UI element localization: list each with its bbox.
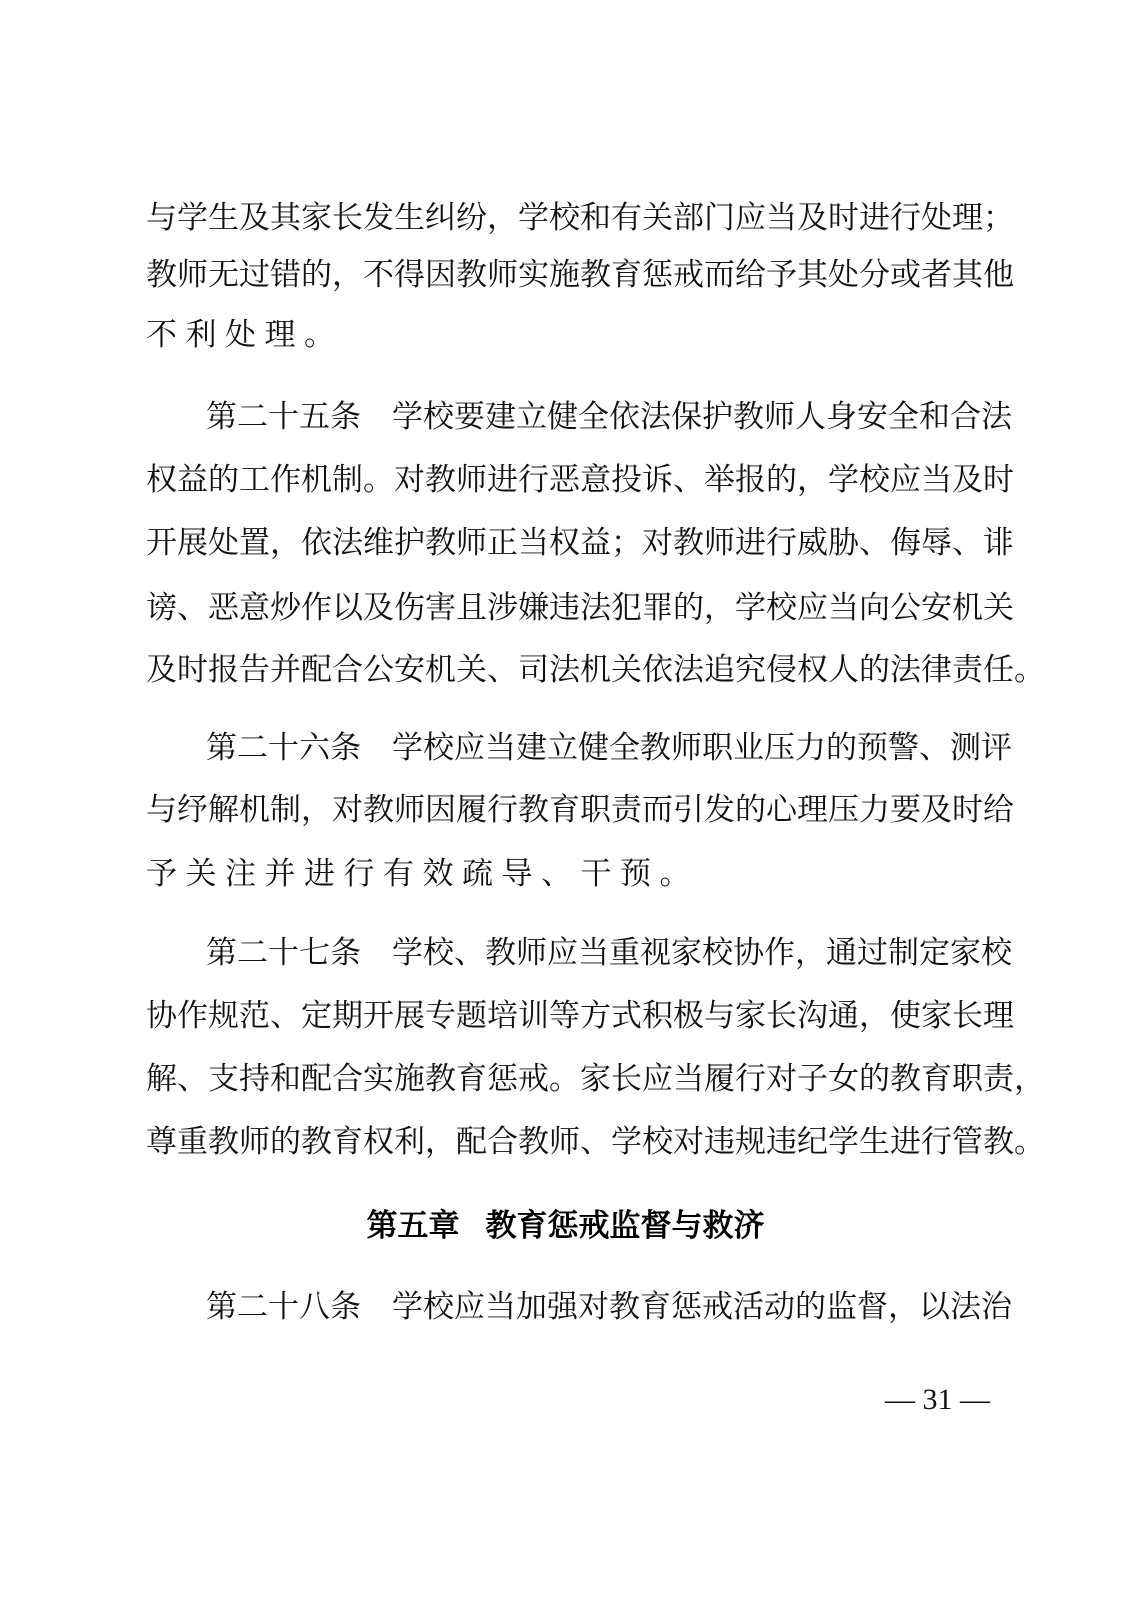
- chapter-title: 教育惩戒监督与救济: [486, 1208, 765, 1244]
- chapter-heading: 第五章教育惩戒监督与救济: [0, 1201, 1131, 1251]
- text-line: 谤、恶意炒作以及伤害且涉嫌违法犯罪的，学校应当向公安机关: [146, 586, 986, 630]
- text-line: 权益的工作机制。对教师进行恶意投诉、举报的，学校应当及时: [146, 458, 986, 502]
- article-27-heading-line: 第二十七条 学校、教师应当重视家校协作，通过制定家校: [206, 931, 986, 975]
- article-28-heading-line: 第二十八条 学校应当加强对教育惩戒活动的监督，以法治: [206, 1285, 986, 1329]
- text-line: 开展处置，依法维护教师正当权益；对教师进行威胁、侮辱、诽: [146, 521, 986, 565]
- text-line: 尊重教师的教育权利，配合教师、学校对违规违纪学生进行管教。: [146, 1120, 986, 1164]
- text-line: 解、支持和配合实施教育惩戒。家长应当履行对子女的教育职责，: [146, 1057, 986, 1101]
- text-line: 予关注并进行有效疏导、干预。: [146, 852, 986, 896]
- page-number: — 31 —: [860, 1380, 990, 1420]
- text-line: 与学生及其家长发生纠纷，学校和有关部门应当及时进行处理；: [146, 196, 986, 240]
- chapter-number: 第五章: [367, 1208, 460, 1244]
- text-line: 与纾解机制，对教师因履行教育职责而引发的心理压力要及时给: [146, 788, 986, 832]
- text-line: 不利处理。: [146, 313, 986, 357]
- text-line: 协作规范、定期开展专题培训等方式积极与家长沟通，使家长理: [146, 994, 986, 1038]
- article-26-heading-line: 第二十六条 学校应当建立健全教师职业压力的预警、测评: [206, 726, 986, 770]
- article-25-heading-line: 第二十五条 学校要建立健全依法保护教师人身安全和合法: [206, 395, 986, 439]
- document-page: 与学生及其家长发生纠纷，学校和有关部门应当及时进行处理； 教师无过错的，不得因教…: [0, 0, 1131, 1600]
- text-line: 及时报告并配合公安机关、司法机关依法追究侵权人的法律责任。: [146, 648, 986, 692]
- text-line: 教师无过错的，不得因教师实施教育惩戒而给予其处分或者其他: [146, 253, 986, 297]
